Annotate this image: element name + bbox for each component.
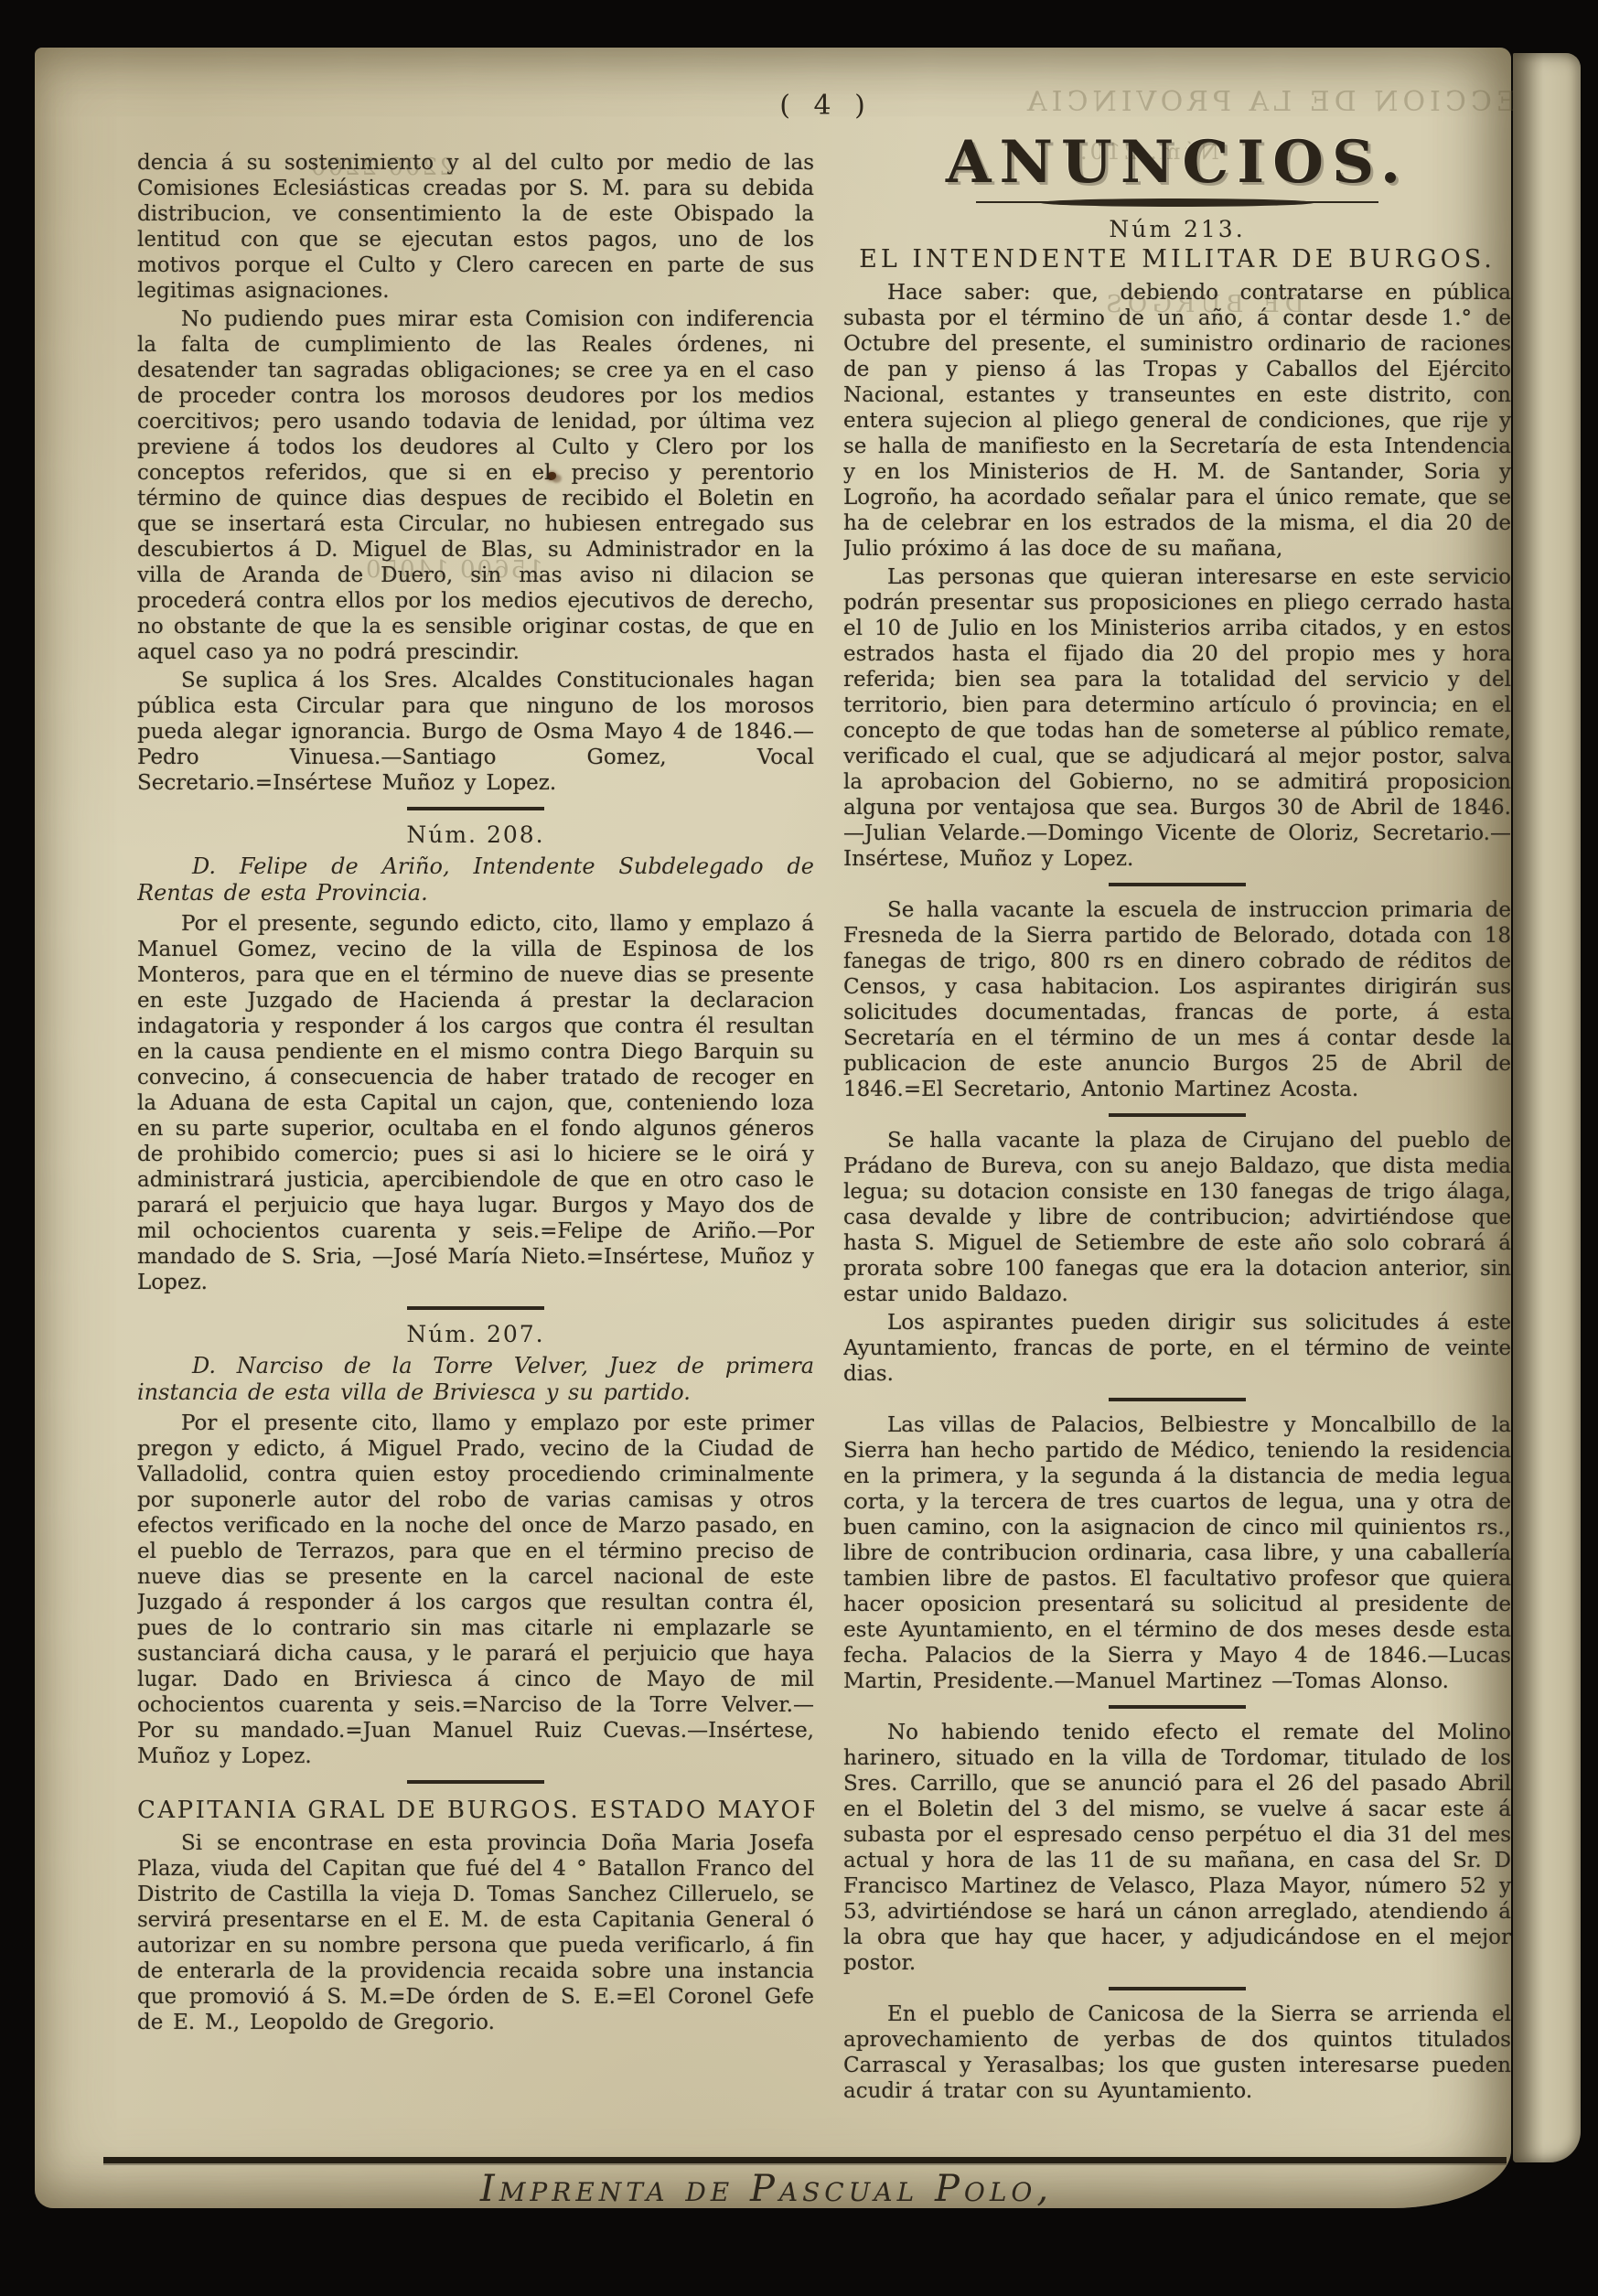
scan-background: { "page": { "number": "( 4 )" }, "left":… <box>0 0 1598 2296</box>
section-divider <box>1109 1705 1246 1709</box>
paragraph-escuela: Se halla vacante la escuela de instrucci… <box>843 897 1511 1102</box>
section-divider <box>407 1780 544 1784</box>
section-divider <box>1109 883 1246 886</box>
paragraph-notice-207: Por el presente cito, llamo y emplazo po… <box>137 1411 814 1769</box>
printer-imprint: Imprenta de Pascual Polo, <box>263 2168 1270 2210</box>
paragraph-capitania: Si se encontrase en esta provincia Doña … <box>137 1830 814 2035</box>
paragraph-villas: Las villas de Palacios, Belbiestre y Mon… <box>843 1412 1511 1694</box>
anuncios-title: ANUNCIOS. <box>843 128 1511 197</box>
notice-number-213: Núm 213. <box>843 216 1511 242</box>
footer-rule <box>103 2157 1507 2163</box>
paragraph-comision: No pudiendo pues mirar esta Comision con… <box>137 306 814 665</box>
adjacent-page-edge <box>1513 53 1581 2162</box>
paragraph-canicosa: En el pueblo de Canicosa de la Sierra se… <box>843 2001 1511 2104</box>
paragraph-molino: No habiendo tenido efecto el remate del … <box>843 1720 1511 1976</box>
notice-207-subtitle: D. Narciso de la Torre Velver, Juez de p… <box>137 1353 814 1406</box>
paragraph-notice-208: Por el presente, segundo edicto, cito, l… <box>137 911 814 1295</box>
paragraph-personas: Las personas que quieran interesarse en … <box>843 564 1511 872</box>
section-divider <box>1109 1398 1246 1401</box>
section-divider <box>1109 1987 1246 1990</box>
paragraph-subasta: Hace saber: que, debiendo contratarse en… <box>843 280 1511 562</box>
capitania-heading: CAPITANIA GRAL DE BURGOS. ESTADO MAYOR. <box>137 1797 814 1824</box>
right-column: ANUNCIOS. Núm 213. EL INTENDENTE MILITAR… <box>843 128 1511 2151</box>
notice-208-subtitle: D. Felipe de Ariño, Intendente Subdelega… <box>137 853 814 907</box>
page-number: ( 4 ) <box>739 90 913 122</box>
paragraph-circular-continuation: dencia á su sostenimiento y al del culto… <box>137 150 814 304</box>
paragraph-aspirantes: Los aspirantes pueden dirigir sus solici… <box>843 1310 1511 1387</box>
showthrough-text: SECCION DE LA PROVINCIA <box>1023 86 1539 118</box>
left-column: dencia á su sostenimiento y al del culto… <box>137 150 814 2151</box>
paragraph-suplica: Se suplica á los Sres. Alcaldes Constitu… <box>137 668 814 796</box>
notice-number-207: Núm. 207. <box>137 1321 814 1347</box>
section-divider <box>407 807 544 810</box>
paragraph-cirujano: Se halla vacante la plaza de Cirujano de… <box>843 1128 1511 1307</box>
notice-number-208: Núm. 208. <box>137 821 814 848</box>
title-divider <box>976 198 1378 207</box>
section-divider <box>407 1306 544 1310</box>
newspaper-page: SECCION DE LA PROVINCIA Núm. 210. DE BUR… <box>35 48 1511 2208</box>
intendente-heading: EL INTENDENTE MILITAR DE BURGOS. <box>843 245 1511 274</box>
section-divider <box>1109 1113 1246 1117</box>
